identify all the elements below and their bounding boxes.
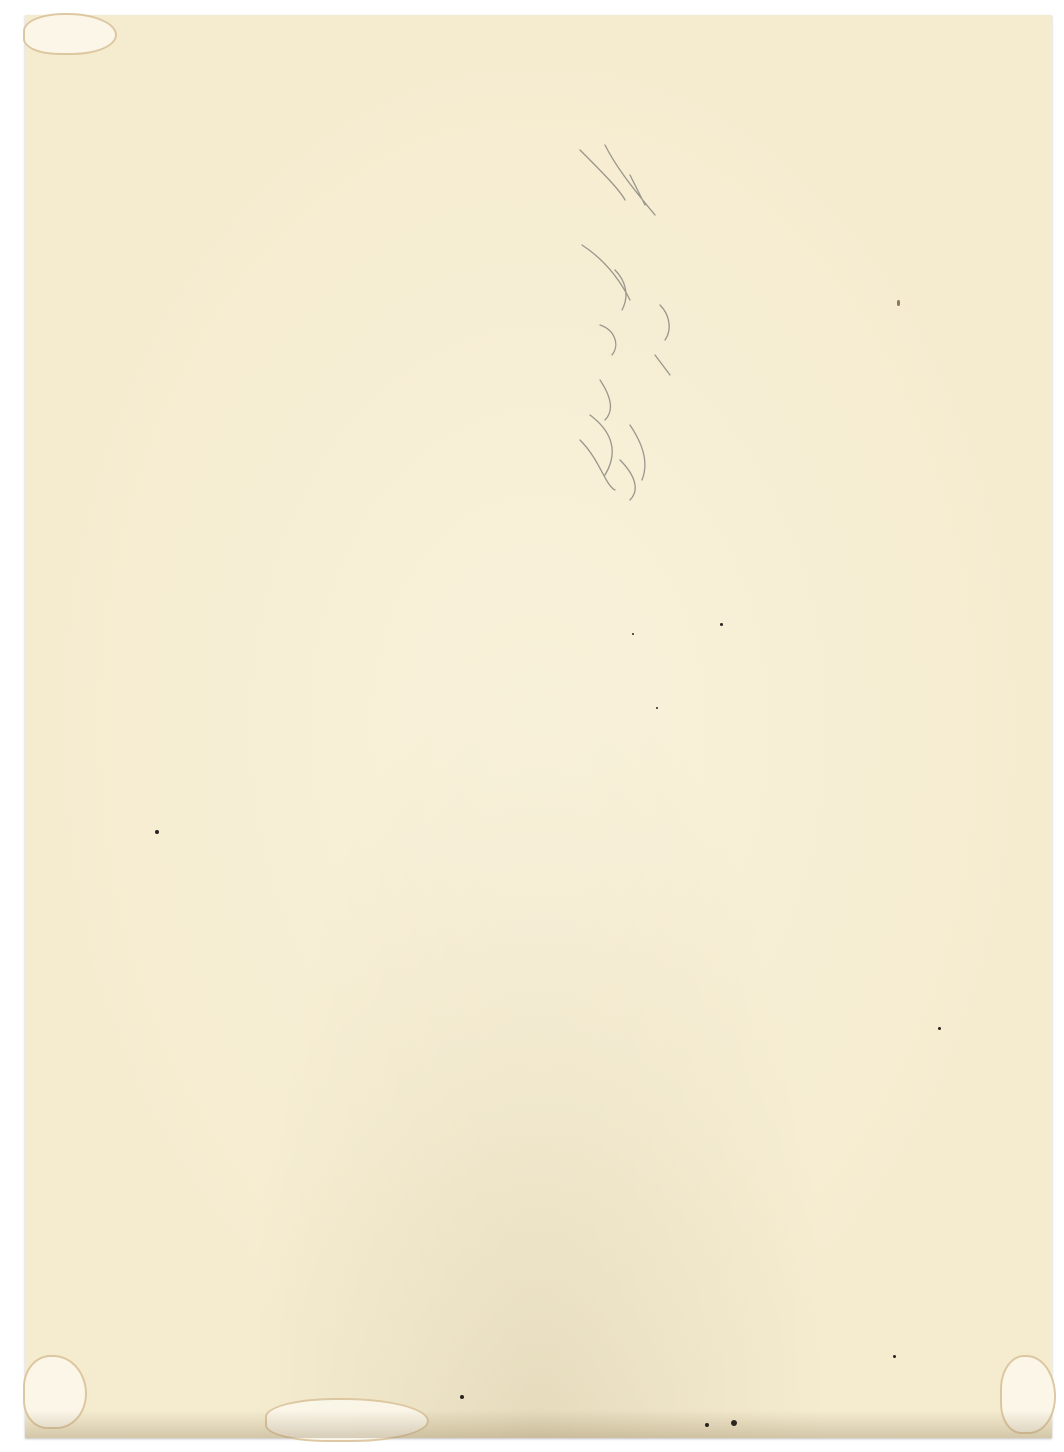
ink-spot (460, 1395, 464, 1399)
paper-sheet (25, 15, 1052, 1438)
ink-spot (897, 300, 900, 306)
pencil-handwriting (560, 130, 680, 510)
ink-spot (632, 633, 634, 635)
ink-spot (155, 830, 159, 834)
water-stain-top-left (23, 13, 117, 55)
ink-spot (656, 707, 658, 709)
edge-grime (25, 1410, 1052, 1438)
ink-spot (720, 623, 723, 626)
ink-spot (731, 1420, 737, 1426)
ink-spot (893, 1355, 896, 1358)
ink-spot (938, 1027, 941, 1030)
ink-spot (705, 1423, 709, 1427)
